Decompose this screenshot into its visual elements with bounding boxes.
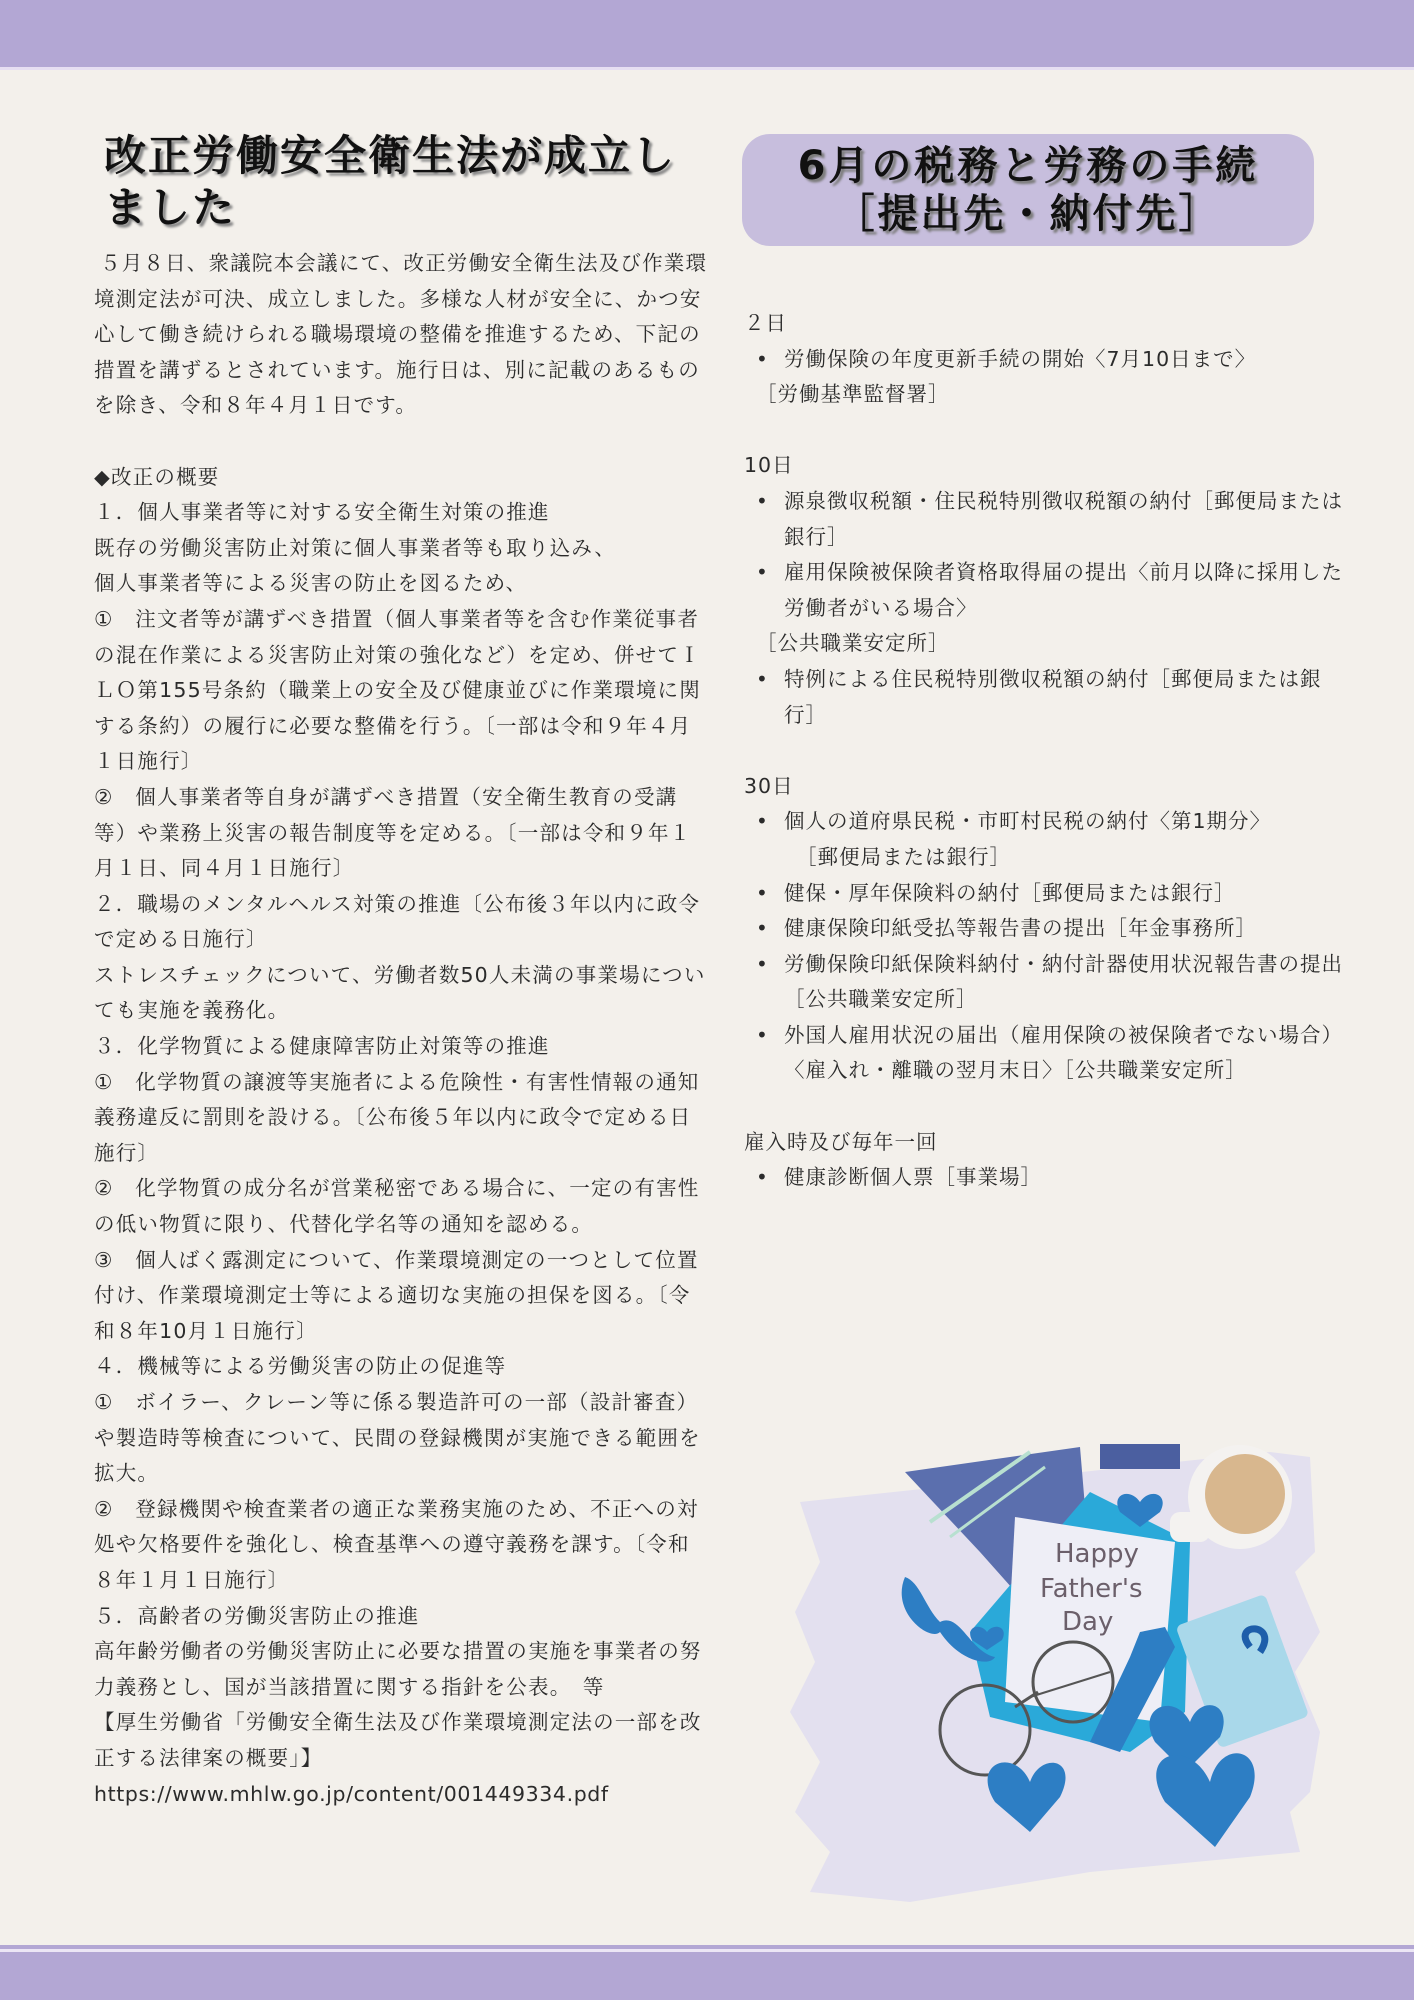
day-group-30: 30日 • 個人の道府県民税・市町村民税の納付〈第1期分〉 ［郵便局または銀行］… [744, 769, 1354, 1089]
schedule-title-line-2: ［提出先・納付先］ [835, 190, 1222, 238]
bullet-icon: • [756, 804, 769, 840]
item-1-text-b: 個人事業者等による災害の防止を図るため、 [94, 566, 709, 602]
article-title-line-1: 改正労働安全衛生法が成立し [104, 131, 676, 180]
item-1-text-a: 既存の労働災害防止対策に個人事業者等も取り込み、 [94, 531, 709, 567]
item-1-sub-1: ① 注文者等が講ずべき措置（個人事業者等を含む作業従事者の混在作業による災害防止… [94, 602, 709, 780]
schedule-title-box: 6月の税務と労務の手続 ［提出先・納付先］ [742, 134, 1314, 246]
item-heading-1: １．個人事業者等に対する安全衛生対策の推進 [94, 495, 709, 531]
task-text: 個人の道府県民税・市町村民税の納付〈第1期分〉 [784, 809, 1271, 833]
schedule-list: ２日 • 労働保険の年度更新手続の開始〈7月10日まで〉 ［労働基準監督署］ 1… [744, 306, 1354, 1231]
item-heading-4: ４．機械等による労働災害の防止の促進等 [94, 1349, 709, 1385]
task-text: 特例による住民税特別徴収税額の納付［郵便局または銀行］ [784, 667, 1322, 727]
article-body: ５月８日、衆議院本会議にて、改正労働安全衛生法及び作業環境測定法が可決、成立しま… [94, 246, 709, 1812]
day-group-10: 10日 • 源泉徴収税額・住民税特別徴収税額の納付［郵便局または銀行］ • 雇用… [744, 448, 1354, 733]
task-text: 外国人雇用状況の届出（雇用保険の被保険者でない場合）〈雇入れ・離職の翌月末日〉［… [784, 1023, 1343, 1083]
source-url-link[interactable]: https://www.mhlw.go.jp/content/001449334… [94, 1777, 709, 1813]
card-fathers: Father's [1040, 1574, 1143, 1604]
task-item: • 個人の道府県民税・市町村民税の納付〈第1期分〉 ［郵便局または銀行］ [744, 804, 1354, 875]
item-heading-5: ５．高齢者の労働災害防止の推進 [94, 1599, 709, 1635]
bullet-icon: • [756, 947, 769, 983]
task-item: • 健康保険印紙受払等報告書の提出［年金事務所］ [744, 911, 1354, 947]
item-3-sub-1: ① 化学物質の譲渡等実施者による危険性・有害性情報の通知義務違反に罰則を設ける。… [94, 1065, 709, 1172]
task-text: 労働保険の年度更新手続の開始〈7月10日まで〉 [784, 347, 1256, 371]
day-group-2: ２日 • 労働保険の年度更新手続の開始〈7月10日まで〉 ［労働基準監督署］ [744, 306, 1354, 413]
task-item: • 雇用保険被保険者資格取得届の提出〈前月以降に採用した労働者がいる場合〉 [744, 555, 1354, 626]
office-label: ［公共職業安定所］ [744, 626, 1354, 662]
item-heading-3: ３．化学物質による健康障害防止対策等の推進 [94, 1029, 709, 1065]
section-heading-overview: ◆改正の概要 [94, 460, 709, 496]
item-4-sub-1: ① ボイラー、クレーン等に係る製造許可の一部（設計審査）や製造時等検査について、… [94, 1385, 709, 1492]
spacer [94, 424, 709, 460]
item-2-text: ストレスチェックについて、労働者数50人未満の事業場についても実施を義務化。 [94, 958, 709, 1029]
task-item: • 健康診断個人票［事業場］ [744, 1160, 1354, 1196]
office-label: ［労働基準監督署］ [744, 377, 1354, 413]
article-title-line-2: ました [104, 183, 236, 232]
bullet-icon: • [756, 1018, 769, 1054]
header-bar [0, 0, 1414, 70]
schedule-title-line-1: 6月の税務と労務の手続 [798, 142, 1259, 190]
task-text: 雇用保険被保険者資格取得届の提出〈前月以降に採用した労働者がいる場合〉 [784, 560, 1343, 620]
task-item: • 源泉徴収税額・住民税特別徴収税額の納付［郵便局または銀行］ [744, 484, 1354, 555]
bullet-icon: • [756, 555, 769, 591]
bullet-icon: • [756, 342, 769, 378]
card-day: Day [1062, 1607, 1113, 1637]
task-text: 健康診断個人票［事業場］ [784, 1165, 1042, 1189]
day-label: 10日 [744, 448, 1354, 484]
day-label: ２日 [744, 306, 1354, 342]
intro-paragraph: ５月８日、衆議院本会議にて、改正労働安全衛生法及び作業環境測定法が可決、成立しま… [94, 246, 709, 424]
bullet-icon: • [756, 1160, 769, 1196]
task-list: • 労働保険の年度更新手続の開始〈7月10日まで〉 [744, 342, 1354, 378]
task-item: • 特例による住民税特別徴収税額の納付［郵便局または銀行］ [744, 662, 1354, 733]
task-list: • 源泉徴収税額・住民税特別徴収税額の納付［郵便局または銀行］ • 雇用保険被保… [744, 484, 1354, 626]
task-list: • 個人の道府県民税・市町村民税の納付〈第1期分〉 ［郵便局または銀行］ • 健… [744, 804, 1354, 1089]
task-text: 健康保険印紙受払等報告書の提出［年金事務所］ [784, 916, 1257, 940]
item-3-sub-2: ② 化学物質の成分名が営業秘密である場合に、一定の有害性の低い物質に限り、代替化… [94, 1171, 709, 1242]
task-text: 労働保険印紙保険料納付・納付計器使用状況報告書の提出［公共職業安定所］ [784, 952, 1343, 1012]
day-label: 雇入時及び毎年一回 [744, 1125, 1354, 1161]
day-group-annual: 雇入時及び毎年一回 • 健康診断個人票［事業場］ [744, 1125, 1354, 1196]
bullet-icon: • [756, 876, 769, 912]
task-text: 健保・厚年保険料の納付［郵便局または銀行］ [784, 881, 1236, 905]
task-text: 源泉徴収税額・住民税特別徴収税額の納付［郵便局または銀行］ [784, 489, 1343, 549]
fathers-day-image: Happy Father's Day [790, 1432, 1335, 1902]
day-label: 30日 [744, 769, 1354, 805]
task-list: • 健康診断個人票［事業場］ [744, 1160, 1354, 1196]
task-office: ［郵便局または銀行］ [784, 845, 1011, 869]
bullet-icon: • [756, 911, 769, 947]
item-heading-2: ２．職場のメンタルヘルス対策の推進〔公布後３年以内に政令で定める日施行〕 [94, 887, 709, 958]
article-title: 改正労働安全衛生法が成立し ました [104, 130, 709, 234]
item-3-sub-3: ③ 個人ばく露測定について、作業環境測定の一つとして位置付け、作業環境測定士等に… [94, 1243, 709, 1350]
task-item: • 健保・厚年保険料の納付［郵便局または銀行］ [744, 876, 1354, 912]
source-citation: 【厚生労働省「労働安全衛生法及び作業環境測定法の一部を改正する法律案の概要」】 [94, 1705, 709, 1776]
footer-bar [0, 1945, 1414, 2000]
card-happy: Happy [1055, 1539, 1139, 1569]
item-5-text: 高年齢労働者の労働災害防止に必要な措置の実施を事業者の努力義務とし、国が当該措置… [94, 1634, 709, 1705]
bullet-icon: • [756, 662, 769, 698]
article-column: 改正労働安全衛生法が成立し ました ５月８日、衆議院本会議にて、改正労働安全衛生… [94, 130, 709, 1812]
item-4-sub-2: ② 登録機関や検査業者の適正な業務実施のため、不正への対処や欠格要件を強化し、検… [94, 1492, 709, 1599]
task-list: • 特例による住民税特別徴収税額の納付［郵便局または銀行］ [744, 662, 1354, 733]
task-item: • 労働保険の年度更新手続の開始〈7月10日まで〉 [744, 342, 1354, 378]
item-1-sub-2: ② 個人事業者等自身が講ずべき措置（安全衛生教育の受講等）や業務上災害の報告制度… [94, 780, 709, 887]
task-item: • 外国人雇用状況の届出（雇用保険の被保険者でない場合）〈雇入れ・離職の翌月末日… [744, 1018, 1354, 1089]
task-item: • 労働保険印紙保険料納付・納付計器使用状況報告書の提出［公共職業安定所］ [744, 947, 1354, 1018]
bullet-icon: • [756, 484, 769, 520]
